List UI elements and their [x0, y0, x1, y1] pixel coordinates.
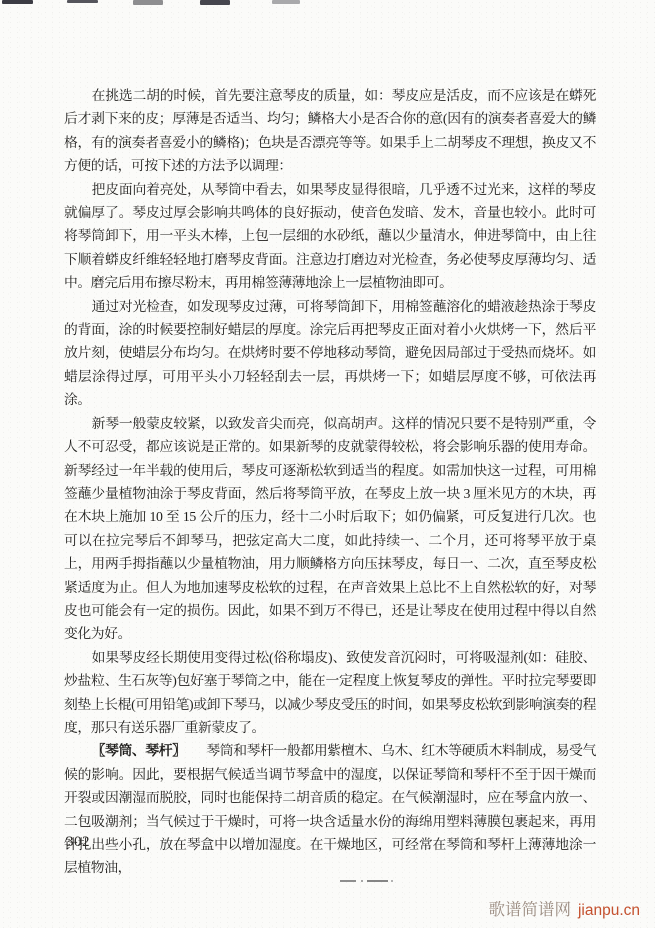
watermark-site-name: 歌谱简谱网 [488, 900, 571, 919]
scan-artifact-dash [133, 0, 163, 5]
page-number: 302 [66, 834, 90, 851]
paragraph-skin-selection: 在挑选二胡的时候，首先要注意琴皮的质量，如：琴皮应是活皮，而不应该是在蟒死后才剥… [64, 84, 596, 178]
watermark: 歌谱简谱网jianpu.cn [488, 896, 640, 920]
paragraph-body-and-neck-section: 〖琴筒、琴杆〗琴筒和琴杆一般都用紫檀木、乌木、红木等硬质木料制成，易受气候的影响… [64, 739, 596, 879]
scanned-book-page: 在挑选二胡的时候，首先要注意琴皮的质量，如：琴皮应是活皮，而不应该是在蟒死后才剥… [0, 0, 655, 928]
scan-artifact-dash [272, 0, 300, 4]
paragraph-new-instrument-skin: 新琴一般蒙皮较紧，以致发音尖而亮，似高胡声。这样的情况只要不是特别严重，令人不可… [64, 412, 596, 646]
paragraph-thick-skin-treatment: 把皮面向着亮处，从琴筒中看去，如果琴皮显得很暗，几乎透不过光来，这样的琴皮就偏厚… [64, 178, 596, 295]
scan-artifact-dash [2, 0, 33, 4]
paragraph-loose-skin: 如果琴皮经长期使用变得过松(俗称塌皮)、致使发音沉闷时，可将吸湿剂(如：硅胶、炒… [64, 646, 596, 740]
scan-artifact-dash-bottom [340, 880, 398, 882]
scan-artifact-dash [67, 0, 98, 3]
watermark-site-url: jianpu.cn [578, 902, 640, 919]
scan-artifact-dash [200, 0, 230, 5]
paragraph-thin-skin-wax: 通过对光检查，如发现琴皮过薄，可将琴筒卸下，用棉签蘸溶化的蜡液趁热涂于琴皮的背面… [64, 295, 596, 412]
section-body-text: 琴筒和琴杆一般都用紫檀木、乌木、红木等硬质木料制成，易受气候的影响。因此，要根据… [64, 743, 596, 875]
text-block: 在挑选二胡的时候，首先要注意琴皮的质量，如：琴皮应是活皮，而不应该是在蟒死后才剥… [64, 84, 596, 880]
section-heading: 〖琴筒、琴杆〗 [92, 743, 186, 758]
